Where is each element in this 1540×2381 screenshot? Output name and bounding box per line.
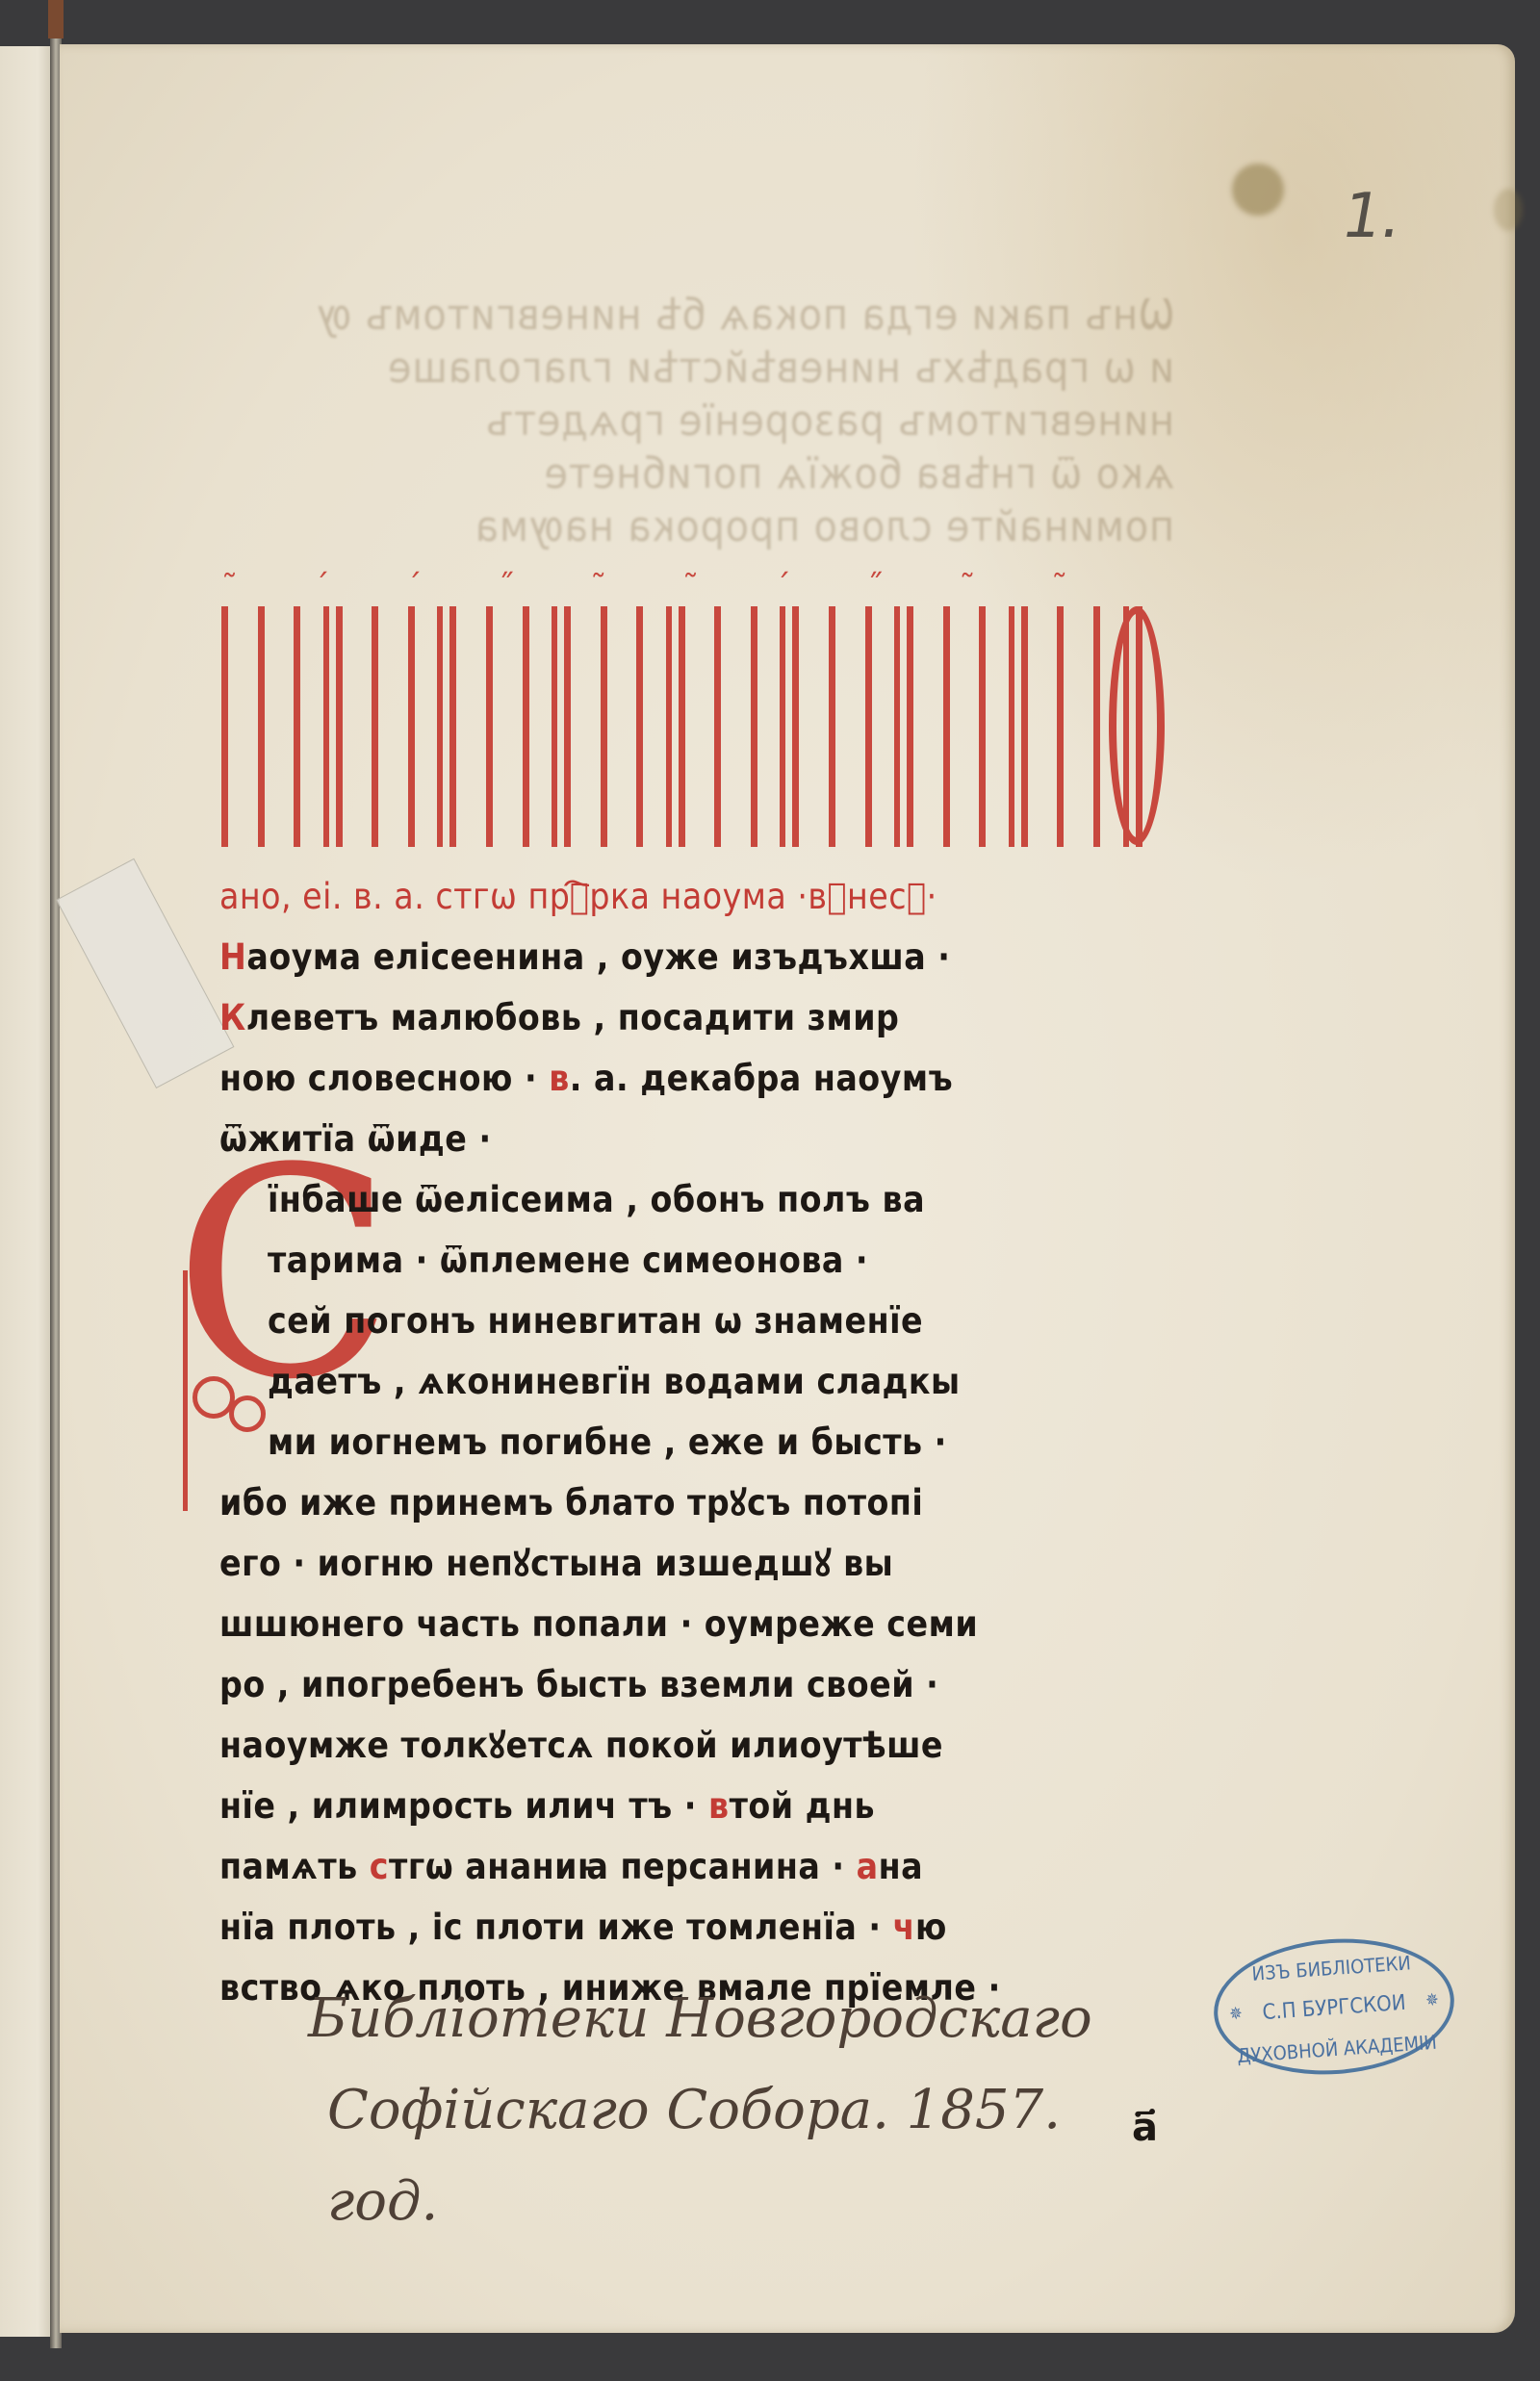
heading-diacritics: ˜ ´ ´ ˝ ˜ ˜ ´ ˝ ˜ ˜: [221, 568, 1155, 606]
inscription-line: Софійскаго Собора. 1857. год.: [269, 2064, 1136, 2247]
text-line: їнбаше ѿелісеима , обонъ полъ ва: [219, 1169, 1182, 1230]
stamp-line: С.П БУРГСКОИ: [1218, 1988, 1451, 2029]
line-text: . а. декабра наоумъ: [570, 1058, 953, 1099]
facing-page-edge: [0, 46, 54, 2337]
line-text: его · иогню непꙋстына изшедшꙋ вы: [219, 1543, 893, 1584]
line-text: ибо иже принемъ блато трꙋсъ потопі: [219, 1482, 923, 1523]
line-text: наоумже толкꙋетсѧ покой илиоутѣше: [219, 1725, 943, 1766]
text-line: ро , ипогребенъ бысть вземли своей ·: [219, 1654, 1182, 1715]
text-line: ною словесною · в. а. декабра наоумъ: [219, 1048, 1182, 1109]
foxing-stain: [1494, 189, 1523, 231]
line-text: ро , ипогребенъ бысть вземли своей ·: [219, 1664, 938, 1705]
line-text: їнбаше ѿелісеима , обонъ полъ ва: [268, 1179, 925, 1220]
text-line: ѿжитїа ѿиде ·: [219, 1109, 1182, 1169]
red-letter: а: [857, 1846, 879, 1887]
rubric-line: ано, еі. в. а. стгѡ прⷪ҇рка наоума ·вꙁне…: [219, 866, 1182, 927]
text-line: нїе , илимрость илич тъ · втой днь: [219, 1776, 1182, 1836]
text-line: ибо иже принемъ блато трꙋсъ потопі: [219, 1472, 1182, 1533]
red-initial: Н: [219, 936, 246, 978]
red-letter: в: [708, 1785, 730, 1827]
text-line: сей погонъ ниневгитан ѡ знаменїе: [219, 1291, 1182, 1351]
ownership-inscription: Библіотеки Новгородскаго Софійскаго Собо…: [269, 1973, 1136, 2247]
text-line: Наоума елісеенина , оуже изъдъхша ·: [219, 927, 1182, 987]
line-text: памѧть: [219, 1846, 370, 1887]
line-text: той днь: [730, 1785, 876, 1827]
line-text: нїе , илимрость илич тъ ·: [219, 1785, 708, 1827]
line-text: тарима · ѿплемене симеонова ·: [268, 1240, 868, 1281]
main-text: ано, еі. в. а. стгѡ прⷪ҇рка наоума ·вꙁне…: [219, 866, 1182, 2018]
line-text: ю: [915, 1907, 947, 1948]
text-line: тарима · ѿплемене симеонова ·: [219, 1230, 1182, 1291]
text-line: наоумже толкꙋетсѧ покой илиоутѣше: [219, 1715, 1182, 1776]
text-line: шшюнего часть попали · оумреже семи: [219, 1594, 1182, 1654]
line-text: тгѡ ананиꙗ персанина ·: [389, 1846, 857, 1887]
text-line: его · иогню непꙋстына изшедшꙋ вы: [219, 1533, 1182, 1594]
inscription-line: Библіотеки Новгородскаго: [269, 1973, 1136, 2064]
red-letter: в: [549, 1058, 570, 1099]
line-text: леветъ малюбовь , посадити змир: [246, 997, 900, 1038]
ghost-line: Ѡнъ паки егда покаѧ бѣ ниневгитомъ ѹ: [221, 289, 1174, 342]
text-line: ми иогнемъ погибне , еже и бысть ·: [219, 1412, 1182, 1472]
quire-signature: а҃: [1132, 2106, 1158, 2150]
text-line: нїа плоть , іс плоти иже томленїа · чю: [219, 1897, 1182, 1958]
line-text: даетъ , ѧкониневгїн водами сладкы: [268, 1361, 961, 1402]
ghost-line: и ѡ градѣхъ ниневѣйстѣи глаголаше: [221, 342, 1174, 395]
text-line: памѧть стгѡ ананиꙗ персанина · ана: [219, 1836, 1182, 1897]
folio-number: 1.: [1336, 181, 1407, 252]
red-letter: с: [370, 1846, 389, 1887]
text-line: Клеветъ малюбовь , посадити змир: [219, 987, 1182, 1048]
initial-flourish: [183, 1270, 193, 1511]
ghost-line: ѧко ѿ гнѣва божїѧ погибнете: [221, 448, 1174, 500]
ghost-line: ниневгитомъ разоренїе грѧдетъ: [221, 395, 1174, 448]
line-text: ною словесною ·: [219, 1058, 549, 1099]
line-text: на: [879, 1846, 923, 1887]
line-text: аоума елісеенина , оуже изъдъхша ·: [246, 936, 950, 978]
bleed-through-text: Ѡнъ паки егда покаѧ бѣ ниневгитомъ ѹ и ѡ…: [221, 289, 1174, 553]
foxing-stain: [1232, 164, 1284, 216]
line-text: сей погонъ ниневгитан ѡ знаменїе: [268, 1300, 923, 1342]
star-icon: ✵: [1424, 1989, 1439, 2010]
binding-edge: [48, 0, 64, 38]
ghost-line: поминайте слово пророка наѹма: [221, 500, 1174, 553]
line-text: шшюнего часть попали · оумреже семи: [219, 1603, 978, 1645]
red-initial: К: [219, 997, 246, 1038]
line-text: нїа плоть , іс плоти иже томленїа ·: [219, 1907, 893, 1948]
line-text: ѿжитїа ѿиде ·: [219, 1118, 492, 1160]
line-text: ми иогнемъ погибне , еже и бысть ·: [268, 1421, 947, 1463]
red-letter: ч: [893, 1907, 915, 1948]
text-line: даетъ , ѧкониневгїн водами сладкы: [219, 1351, 1182, 1412]
